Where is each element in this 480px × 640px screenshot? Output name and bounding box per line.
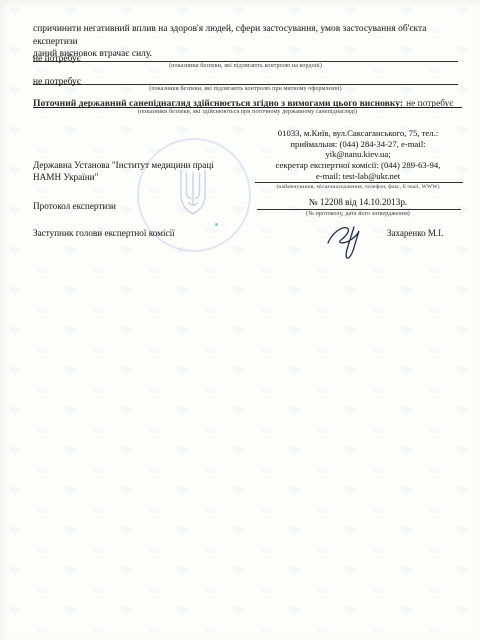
- scanned-document-page: спричинити негативний вплив на здоров'я …: [0, 0, 480, 640]
- handwritten-signature: [326, 219, 376, 261]
- current-surveillance-label: Поточний державний санепіднагляд здійсню…: [33, 98, 403, 109]
- contact-underline: [255, 182, 463, 183]
- current-surveillance-value: не потребує: [406, 99, 453, 109]
- current-surveillance-row: Поточний державний санепіднагляд здійсню…: [33, 93, 462, 108]
- ink-speck: [215, 223, 218, 226]
- border-control-caption: (показники безпеки, які підлягають контр…: [33, 63, 458, 70]
- contact-caption: (найменування, місцезнаходження, телефон…: [252, 184, 464, 191]
- protocol-caption: (№ протоколу, дата його затвердження): [252, 211, 464, 218]
- current-surveillance-caption: (показники безпеки, які здійснюються при…: [33, 109, 462, 116]
- customs-control-caption: (показники безпеки, які підлягають контр…: [33, 86, 458, 93]
- contact-block: 01033, м.Київ, вул.Саксаганського, 75, т…: [252, 128, 464, 182]
- protocol-label: Протокол експертизи: [33, 201, 233, 213]
- border-control-field: не потребує: [33, 48, 458, 62]
- approver-title: Заступник голови експертної комісії: [33, 228, 253, 240]
- protocol-number: № 12208 від 14.10.2013р.: [252, 197, 464, 207]
- signer-name: Захаренко М.І.: [387, 228, 467, 238]
- institution-name: Державна Установа "Інститут медицини пра…: [33, 160, 258, 183]
- protocol-underline: [257, 209, 461, 210]
- customs-control-field: не потребує: [33, 71, 458, 85]
